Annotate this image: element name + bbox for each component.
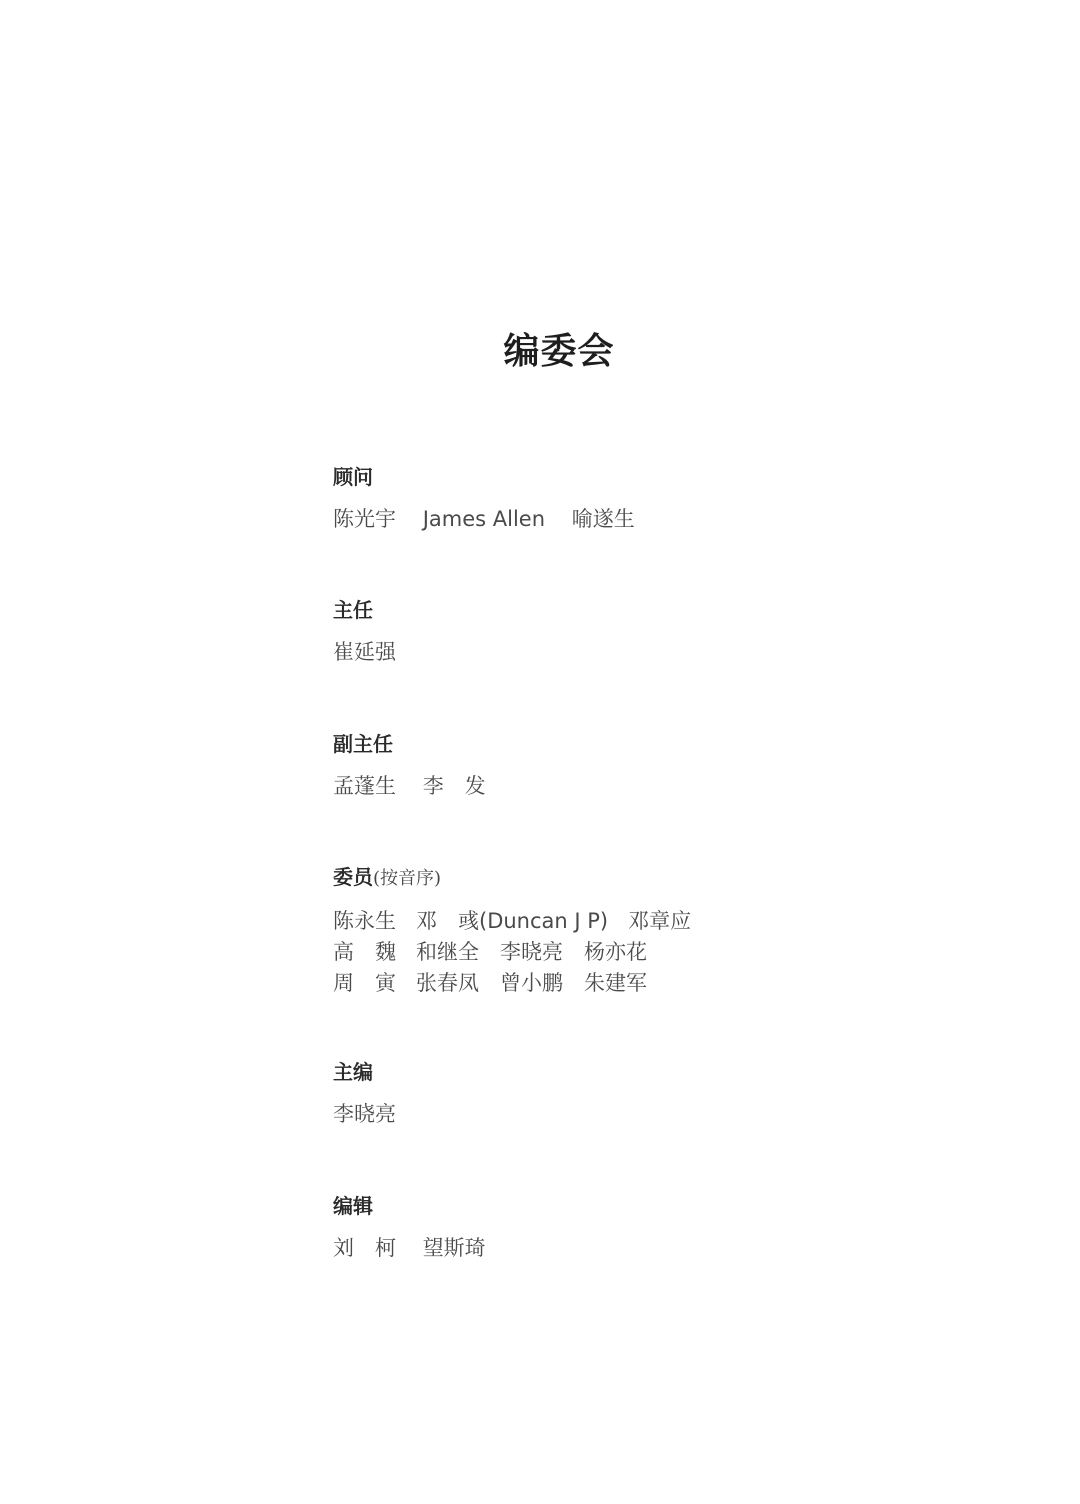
section-heading: 副主任 bbox=[333, 730, 486, 758]
person-name: 陈永生 bbox=[333, 906, 416, 937]
person-name: 李晓亮 bbox=[333, 1102, 396, 1126]
person-name: 曾小鹏 bbox=[500, 968, 584, 999]
section-advisors: 顾问 陈光宇 James Allen 喻遂生 bbox=[333, 463, 635, 534]
person-name: 望斯琦 bbox=[423, 1236, 486, 1260]
member-grid: 陈永生 邓 彧(Duncan J P) 邓章应 高 魏 和继全 李晓亮 杨亦花 … bbox=[333, 906, 691, 999]
section-editor-in-chief: 主编 李晓亮 bbox=[333, 1058, 396, 1129]
person-name: 喻遂生 bbox=[572, 507, 635, 531]
person-name: 张春凤 bbox=[416, 968, 500, 999]
person-name: 陈光宇 bbox=[333, 507, 396, 531]
person-name: 和继全 bbox=[416, 937, 500, 968]
person-name: 孟蓬生 bbox=[333, 774, 396, 798]
member-row: 高 魏 和继全 李晓亮 杨亦花 bbox=[333, 937, 691, 968]
name-list: 李晓亮 bbox=[333, 1099, 396, 1129]
person-name: James Allen bbox=[423, 507, 545, 531]
heading-text: 委员 bbox=[333, 865, 373, 889]
section-heading: 委员(按音序) bbox=[333, 863, 691, 893]
section-heading: 编辑 bbox=[333, 1192, 486, 1220]
name-list: 崔延强 bbox=[333, 637, 396, 667]
person-name: 刘 柯 bbox=[333, 1236, 396, 1260]
person-name: 邓 彧(Duncan J P) bbox=[416, 906, 608, 937]
person-name: 崔延强 bbox=[333, 640, 396, 664]
member-row: 陈永生 邓 彧(Duncan J P) 邓章应 bbox=[333, 906, 691, 937]
page-title: 编委会 bbox=[0, 323, 1080, 374]
person-name: 邓章应 bbox=[628, 906, 691, 937]
person-name: 高 魏 bbox=[333, 937, 416, 968]
heading-note: (按音序) bbox=[373, 868, 441, 889]
section-deputy-directors: 副主任 孟蓬生 李 发 bbox=[333, 730, 486, 801]
section-members: 委员(按音序) 陈永生 邓 彧(Duncan J P) 邓章应 高 魏 和继全 … bbox=[333, 863, 691, 999]
person-name: 李 发 bbox=[423, 774, 486, 798]
name-list: 刘 柯 望斯琦 bbox=[333, 1233, 486, 1263]
section-heading: 主任 bbox=[333, 596, 396, 624]
person-name: 李晓亮 bbox=[500, 937, 584, 968]
person-name: 朱建军 bbox=[584, 968, 647, 999]
section-heading: 顾问 bbox=[333, 463, 635, 491]
person-name: 杨亦花 bbox=[584, 937, 647, 968]
section-heading: 主编 bbox=[333, 1058, 396, 1086]
section-director: 主任 崔延强 bbox=[333, 596, 396, 667]
section-editors: 编辑 刘 柯 望斯琦 bbox=[333, 1192, 486, 1263]
member-row: 周 寅 张春凤 曾小鹏 朱建军 bbox=[333, 968, 691, 999]
name-list: 孟蓬生 李 发 bbox=[333, 771, 486, 801]
name-list: 陈光宇 James Allen 喻遂生 bbox=[333, 504, 635, 534]
person-name: 周 寅 bbox=[333, 968, 416, 999]
